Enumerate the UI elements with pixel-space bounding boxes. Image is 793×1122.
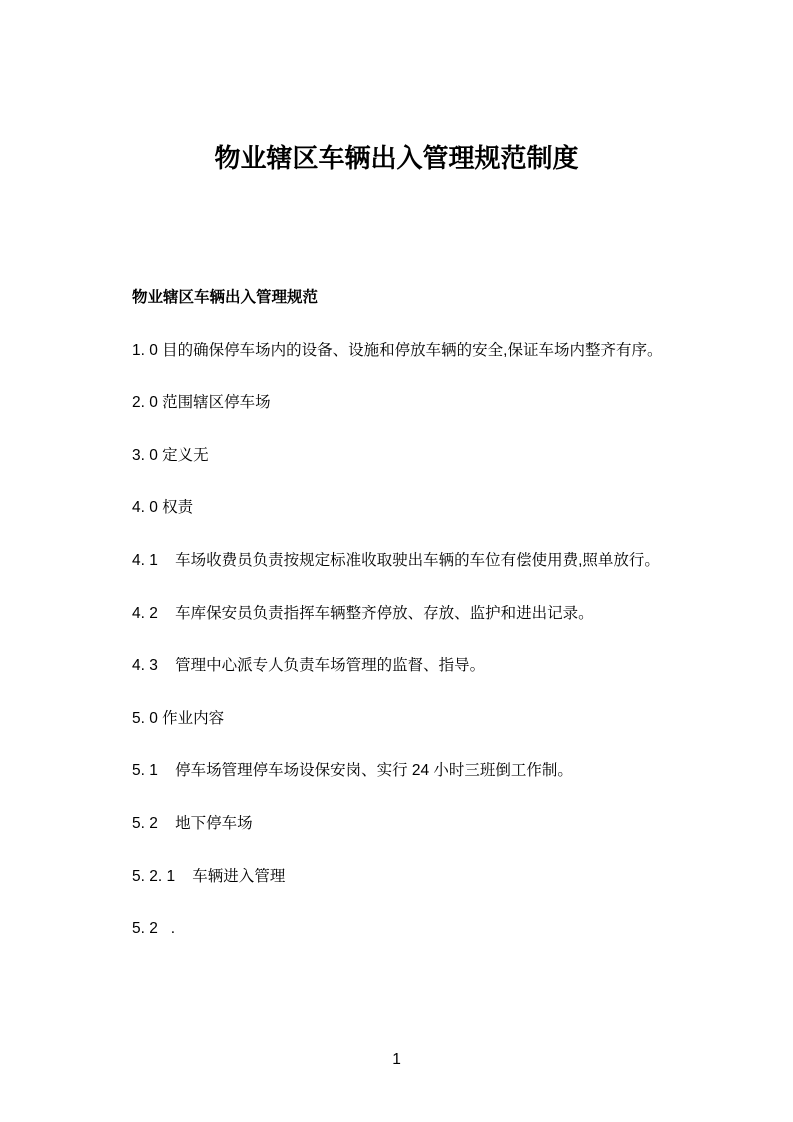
paragraph: 4. 2 车库保安员负责指挥车辆整齐停放、存放、监护和进出记录。 bbox=[132, 605, 732, 658]
paragraph: 5. 0 作业内容 bbox=[132, 710, 732, 763]
paragraph: 2. 0 范围辖区停车场 bbox=[132, 394, 732, 447]
document-page: 物业辖区车辆出入管理规范制度 物业辖区车辆出入管理规范1. 0 目的确保停车场内… bbox=[0, 0, 793, 1122]
paragraph: 1. 0 目的确保停车场内的设备、设施和停放车辆的安全,保证车场内整齐有序。 bbox=[132, 342, 732, 395]
document-title: 物业辖区车辆出入管理规范制度 bbox=[0, 144, 793, 173]
page-number: 1 bbox=[0, 1051, 793, 1069]
paragraph: 4. 0 权责 bbox=[132, 499, 732, 552]
paragraph: 5. 2 . bbox=[132, 920, 732, 973]
paragraph: 4. 1 车场收费员负责按规定标准收取驶出车辆的车位有偿使用费,照单放行。 bbox=[132, 552, 732, 605]
document-body: 物业辖区车辆出入管理规范1. 0 目的确保停车场内的设备、设施和停放车辆的安全,… bbox=[132, 289, 732, 973]
paragraph: 3. 0 定义无 bbox=[132, 447, 732, 500]
paragraph: 5. 2. 1 车辆进入管理 bbox=[132, 868, 732, 921]
paragraph: 5. 2 地下停车场 bbox=[132, 815, 732, 868]
paragraph: 4. 3 管理中心派专人负责车场管理的监督、指导。 bbox=[132, 657, 732, 710]
paragraph: 物业辖区车辆出入管理规范 bbox=[132, 289, 732, 342]
paragraph: 5. 1 停车场管理停车场设保安岗、实行 24 小时三班倒工作制。 bbox=[132, 762, 732, 815]
